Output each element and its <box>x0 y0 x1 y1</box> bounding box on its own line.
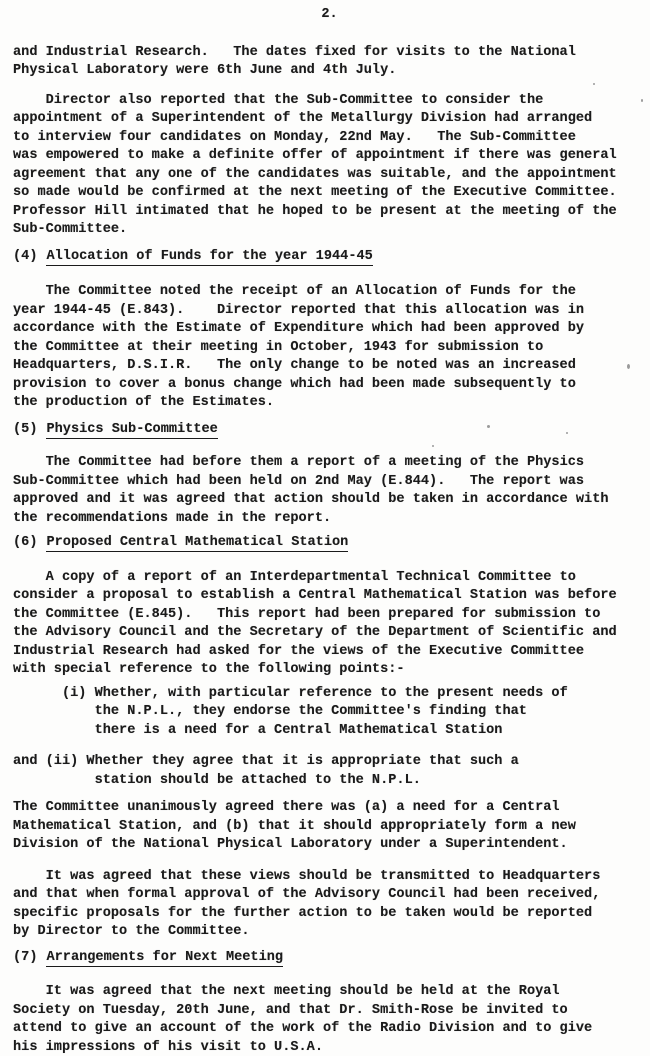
heading-title: Allocation of Funds for the year 1944-45 <box>46 249 372 266</box>
heading-number: (7) <box>13 950 37 965</box>
scan-speck <box>641 99 643 102</box>
scan-speck <box>566 432 568 434</box>
heading-title: Physics Sub-Committee <box>46 422 217 439</box>
section-heading-4: (4)Allocation of Funds for the year 1944… <box>13 248 646 267</box>
document-page: 2. and Industrial Research. The dates fi… <box>0 0 650 1056</box>
list-item-ii: and (ii) Whether they agree that it is a… <box>13 753 646 790</box>
scan-speck <box>487 425 490 428</box>
heading-number: (5) <box>13 422 37 437</box>
scan-speck <box>627 364 630 369</box>
heading-title: Arrangements for Next Meeting <box>46 950 283 967</box>
list-item-i: (i) Whether, with particular reference t… <box>13 685 646 741</box>
section-heading-6: (6)Proposed Central Mathematical Station <box>13 534 646 553</box>
paragraph-committee-agreement: The Committee unanimously agreed there w… <box>13 799 646 855</box>
section-heading-5: (5)Physics Sub-Committee <box>13 421 646 440</box>
paragraph-views-transmitted: It was agreed that these views should be… <box>13 868 646 942</box>
page-number: 2. <box>13 6 646 25</box>
heading-number: (6) <box>13 535 37 550</box>
paragraph-physics-subcommittee: The Committee had before them a report o… <box>13 454 646 528</box>
scan-speck <box>432 445 434 447</box>
paragraph-mathematical-station-report: A copy of a report of an Interdepartment… <box>13 569 646 680</box>
scan-speck <box>593 83 595 85</box>
paragraph-metallurgy-superintendent: Director also reported that the Sub-Comm… <box>13 92 646 240</box>
heading-title: Proposed Central Mathematical Station <box>46 535 348 552</box>
paragraph-next-meeting: It was agreed that the next meeting shou… <box>13 983 646 1056</box>
heading-number: (4) <box>13 249 37 264</box>
section-heading-7: (7)Arrangements for Next Meeting <box>13 949 646 968</box>
paragraph-visits-continuation: and Industrial Research. The dates fixed… <box>13 44 646 81</box>
paragraph-allocation-of-funds: The Committee noted the receipt of an Al… <box>13 283 646 413</box>
